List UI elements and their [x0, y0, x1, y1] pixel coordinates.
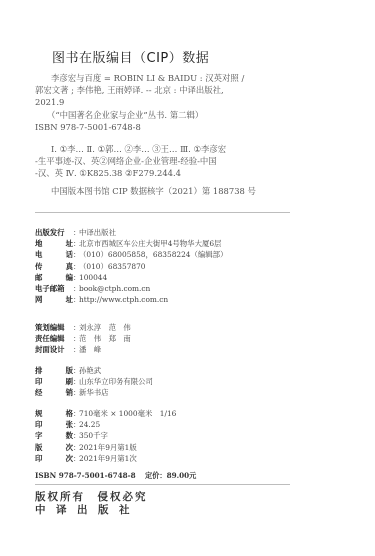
cip-line-isbn: ISBN 978-7-5001-6748-8 — [35, 121, 244, 133]
info-row-impression: 印次：2021年9月第1次 — [35, 453, 176, 464]
info-row-format: 规格：710毫米 × 1000毫米 1/16 — [35, 408, 176, 419]
isbn: ISBN 978-7-5001-6748-8 — [35, 471, 136, 480]
info-label: 电子邮箱 — [35, 283, 73, 294]
info-row-phone: 电话：（010）68005858，68358224（编辑部） — [35, 249, 227, 260]
info-label: 封面设计 — [35, 344, 73, 355]
publisher-char: 版 — [98, 504, 119, 517]
info-value: 2021年9月第1版 — [79, 442, 137, 453]
info-value: （010）68357870 — [79, 261, 146, 272]
divider-bottom — [35, 484, 290, 485]
cip-line-title: 李彦宏与百度 = ROBIN LI & BAIDU : 汉英对照 / — [35, 72, 244, 84]
info-value: 2021年9月第1次 — [79, 453, 137, 464]
rights-reserved: 版权所有 侵权必究 — [35, 491, 148, 504]
info-label: 邮编 — [35, 272, 73, 283]
editors-info: 策划编辑：刘永淳 范 伟 责任编辑：范 伟 郑 南 封面设计：潘 峰 — [35, 322, 131, 356]
cip-record: 李彦宏与百度 = ROBIN LI & BAIDU : 汉英对照 / 郭宏文著 … — [35, 72, 244, 133]
info-row-edition: 版次：2021年9月第1版 — [35, 442, 176, 453]
info-label: 排版 — [35, 365, 73, 376]
info-value: 北京市西城区车公庄大街甲4号物华大厦6层 — [79, 238, 221, 249]
info-row-printing: 印刷：山东华立印务有限公司 — [35, 376, 153, 387]
info-label: 印张 — [35, 419, 73, 430]
info-label: 字数 — [35, 430, 73, 441]
info-value: 潘 峰 — [79, 344, 101, 355]
info-label: 网址 — [35, 294, 73, 305]
info-row-word-count: 字数：350千字 — [35, 430, 176, 441]
info-row-email: 电子邮箱：book@ctph.com.cn — [35, 283, 227, 294]
copyright-block: 版权所有 侵权必究 中译出版社 — [35, 491, 148, 517]
info-label: 印次 — [35, 453, 73, 464]
cip-classification: Ⅰ. ①李… Ⅱ. ①郭… ②李… ③王… Ⅲ. ①李彦宏 -生平事迹-汉、英②… — [35, 143, 226, 180]
cip-line-series: （“中国著名企业家与企业”丛书. 第二辑） — [35, 109, 244, 121]
divider-top — [35, 212, 290, 213]
info-label: 印刷 — [35, 376, 73, 387]
cip-line-date: 2021.9 — [35, 96, 244, 108]
publisher-name: 中译出版社 — [35, 504, 148, 517]
info-label: 责任编辑 — [35, 333, 73, 344]
cip-title: 图书在版编目（CIP）数据 — [52, 47, 209, 66]
info-row-typesetting: 排版：孙艳武 — [35, 365, 153, 376]
info-value: 100044 — [79, 272, 107, 283]
info-label: 经销 — [35, 387, 73, 398]
info-label: 地址 — [35, 238, 73, 249]
info-label: 规格 — [35, 408, 73, 419]
info-value: 710毫米 × 1000毫米 1/16 — [79, 408, 176, 419]
info-row-publisher: 出版发行：中译出版社 — [35, 227, 227, 238]
production-info: 排版：孙艳武 印刷：山东华立印务有限公司 经销：新华书店 — [35, 365, 153, 399]
website-link: http://www.ctph.com.cn — [79, 294, 168, 305]
info-value: 刘永淳 范 伟 — [79, 322, 131, 333]
publisher-info: 出版发行：中译出版社 地址：北京市西城区车公庄大街甲4号物华大厦6层 电话：（0… — [35, 227, 227, 305]
info-label: 电话 — [35, 249, 73, 260]
classification-line: Ⅰ. ①李… Ⅱ. ①郭… ②李… ③王… Ⅲ. ①李彦宏 — [35, 143, 226, 155]
publisher-char: 社 — [119, 504, 140, 517]
info-value: 范 伟 郑 南 — [79, 333, 131, 344]
info-row-distribution: 经销：新华书店 — [35, 387, 153, 398]
info-row-website: 网址：http://www.ctph.com.cn — [35, 294, 227, 305]
cip-line-authors: 郭宏文著 ; 李伟艳, 王雨婷译. -- 北京 : 中译出版社, — [35, 84, 244, 96]
email-link: book@ctph.com.cn — [79, 283, 150, 294]
info-row-postcode: 邮编：100044 — [35, 272, 227, 283]
info-row-cover-design: 封面设计：潘 峰 — [35, 344, 131, 355]
info-label: 版次 — [35, 442, 73, 453]
info-value: 新华书店 — [79, 387, 109, 398]
info-value: 山东华立印务有限公司 — [79, 376, 153, 387]
classification-line: -汉、英 Ⅳ. ①K825.38 ②F279.244.4 — [35, 167, 226, 179]
publisher-char: 中 — [35, 504, 56, 517]
classification-line: -生平事迹-汉、英②网络企业-企业管理-经验-中国 — [35, 155, 226, 167]
info-row-sheets: 印张：24.25 — [35, 419, 176, 430]
cip-data-number: 中国版本图书馆 CIP 数据核字（2021）第 188738 号 — [51, 185, 256, 197]
info-row-responsible-editor: 责任编辑：范 伟 郑 南 — [35, 333, 131, 344]
info-value: 中译出版社 — [79, 227, 116, 238]
info-row-fax: 传真：（010）68357870 — [35, 261, 227, 272]
info-value: 孙艳武 — [79, 365, 101, 376]
info-label: 策划编辑 — [35, 322, 73, 333]
info-value: 350千字 — [79, 430, 108, 441]
publisher-char: 出 — [77, 504, 98, 517]
info-value: （010）68005858，68358224（编辑部） — [79, 249, 227, 260]
specs-info: 规格：710毫米 × 1000毫米 1/16 印张：24.25 字数：350千字… — [35, 408, 176, 464]
info-row-address: 地址：北京市西城区车公庄大街甲4号物华大厦6层 — [35, 238, 227, 249]
info-row-planning-editor: 策划编辑：刘永淳 范 伟 — [35, 322, 131, 333]
info-value: 24.25 — [79, 419, 100, 430]
price: 定价：89.00元 — [145, 471, 196, 481]
info-label: 出版发行 — [35, 227, 73, 238]
publisher-char: 译 — [56, 504, 77, 517]
info-label: 传真 — [35, 261, 73, 272]
